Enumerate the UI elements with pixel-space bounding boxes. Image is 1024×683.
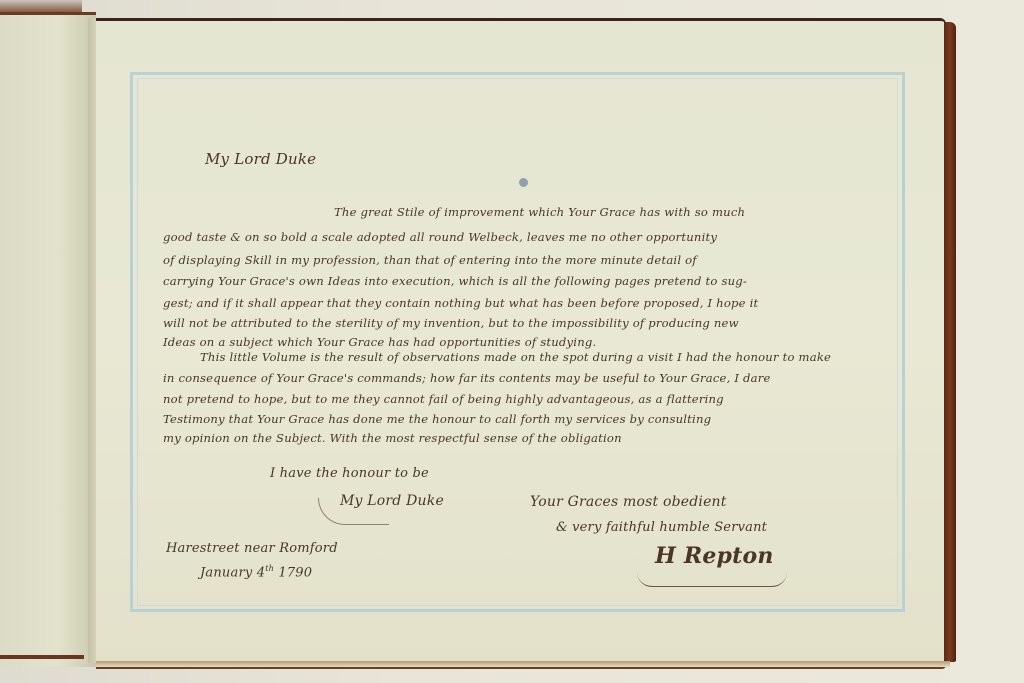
closing-line-1: I have the honour to be: [270, 466, 429, 481]
valediction-line-1: Your Graces most obedient: [530, 494, 727, 510]
signature-flourish: [637, 572, 787, 587]
left-page: [0, 12, 96, 667]
letter-line: my opinion on the Subject. With the most…: [163, 433, 622, 445]
letter-line: carrying Your Grace's own Ideas into exe…: [163, 276, 747, 288]
closing-line-2: My Lord Duke: [340, 493, 444, 509]
letter-line: in consequence of Your Grace's commands;…: [163, 373, 771, 385]
letter-line: good taste & on so bold a scale adopted …: [163, 232, 717, 244]
valediction-line-2: & very faithful humble Servant: [556, 520, 767, 535]
date-ordinal: th: [265, 564, 274, 573]
page-bottom-edge: [96, 661, 950, 667]
letter-line: This little Volume is the result of obse…: [200, 352, 831, 364]
letter-line: will not be attributed to the sterility …: [163, 318, 739, 330]
letter-date: January 4th 1790: [200, 564, 312, 580]
date-year: 1790: [278, 565, 312, 580]
left-page-bottom-edge: [0, 655, 84, 659]
letter-line: not pretend to hope, but to me they cann…: [163, 394, 724, 406]
letter-line: Ideas on a subject which Your Grace has …: [163, 337, 596, 349]
letter-line: of displaying Skill in my profession, th…: [163, 255, 697, 267]
signature: H Repton: [655, 543, 774, 569]
book-cover-right-edge: [944, 22, 956, 662]
ink-blot: [519, 178, 528, 187]
letter-line: gest; and if it shall appear that they c…: [163, 298, 758, 310]
letter-place: Harestreet near Romford: [166, 541, 338, 556]
date-month-day: January 4: [200, 565, 265, 580]
letter-line: Testimony that Your Grace has done me th…: [163, 414, 711, 426]
salutation: My Lord Duke: [205, 150, 316, 168]
letter-line: The great Stile of improvement which You…: [334, 207, 745, 219]
